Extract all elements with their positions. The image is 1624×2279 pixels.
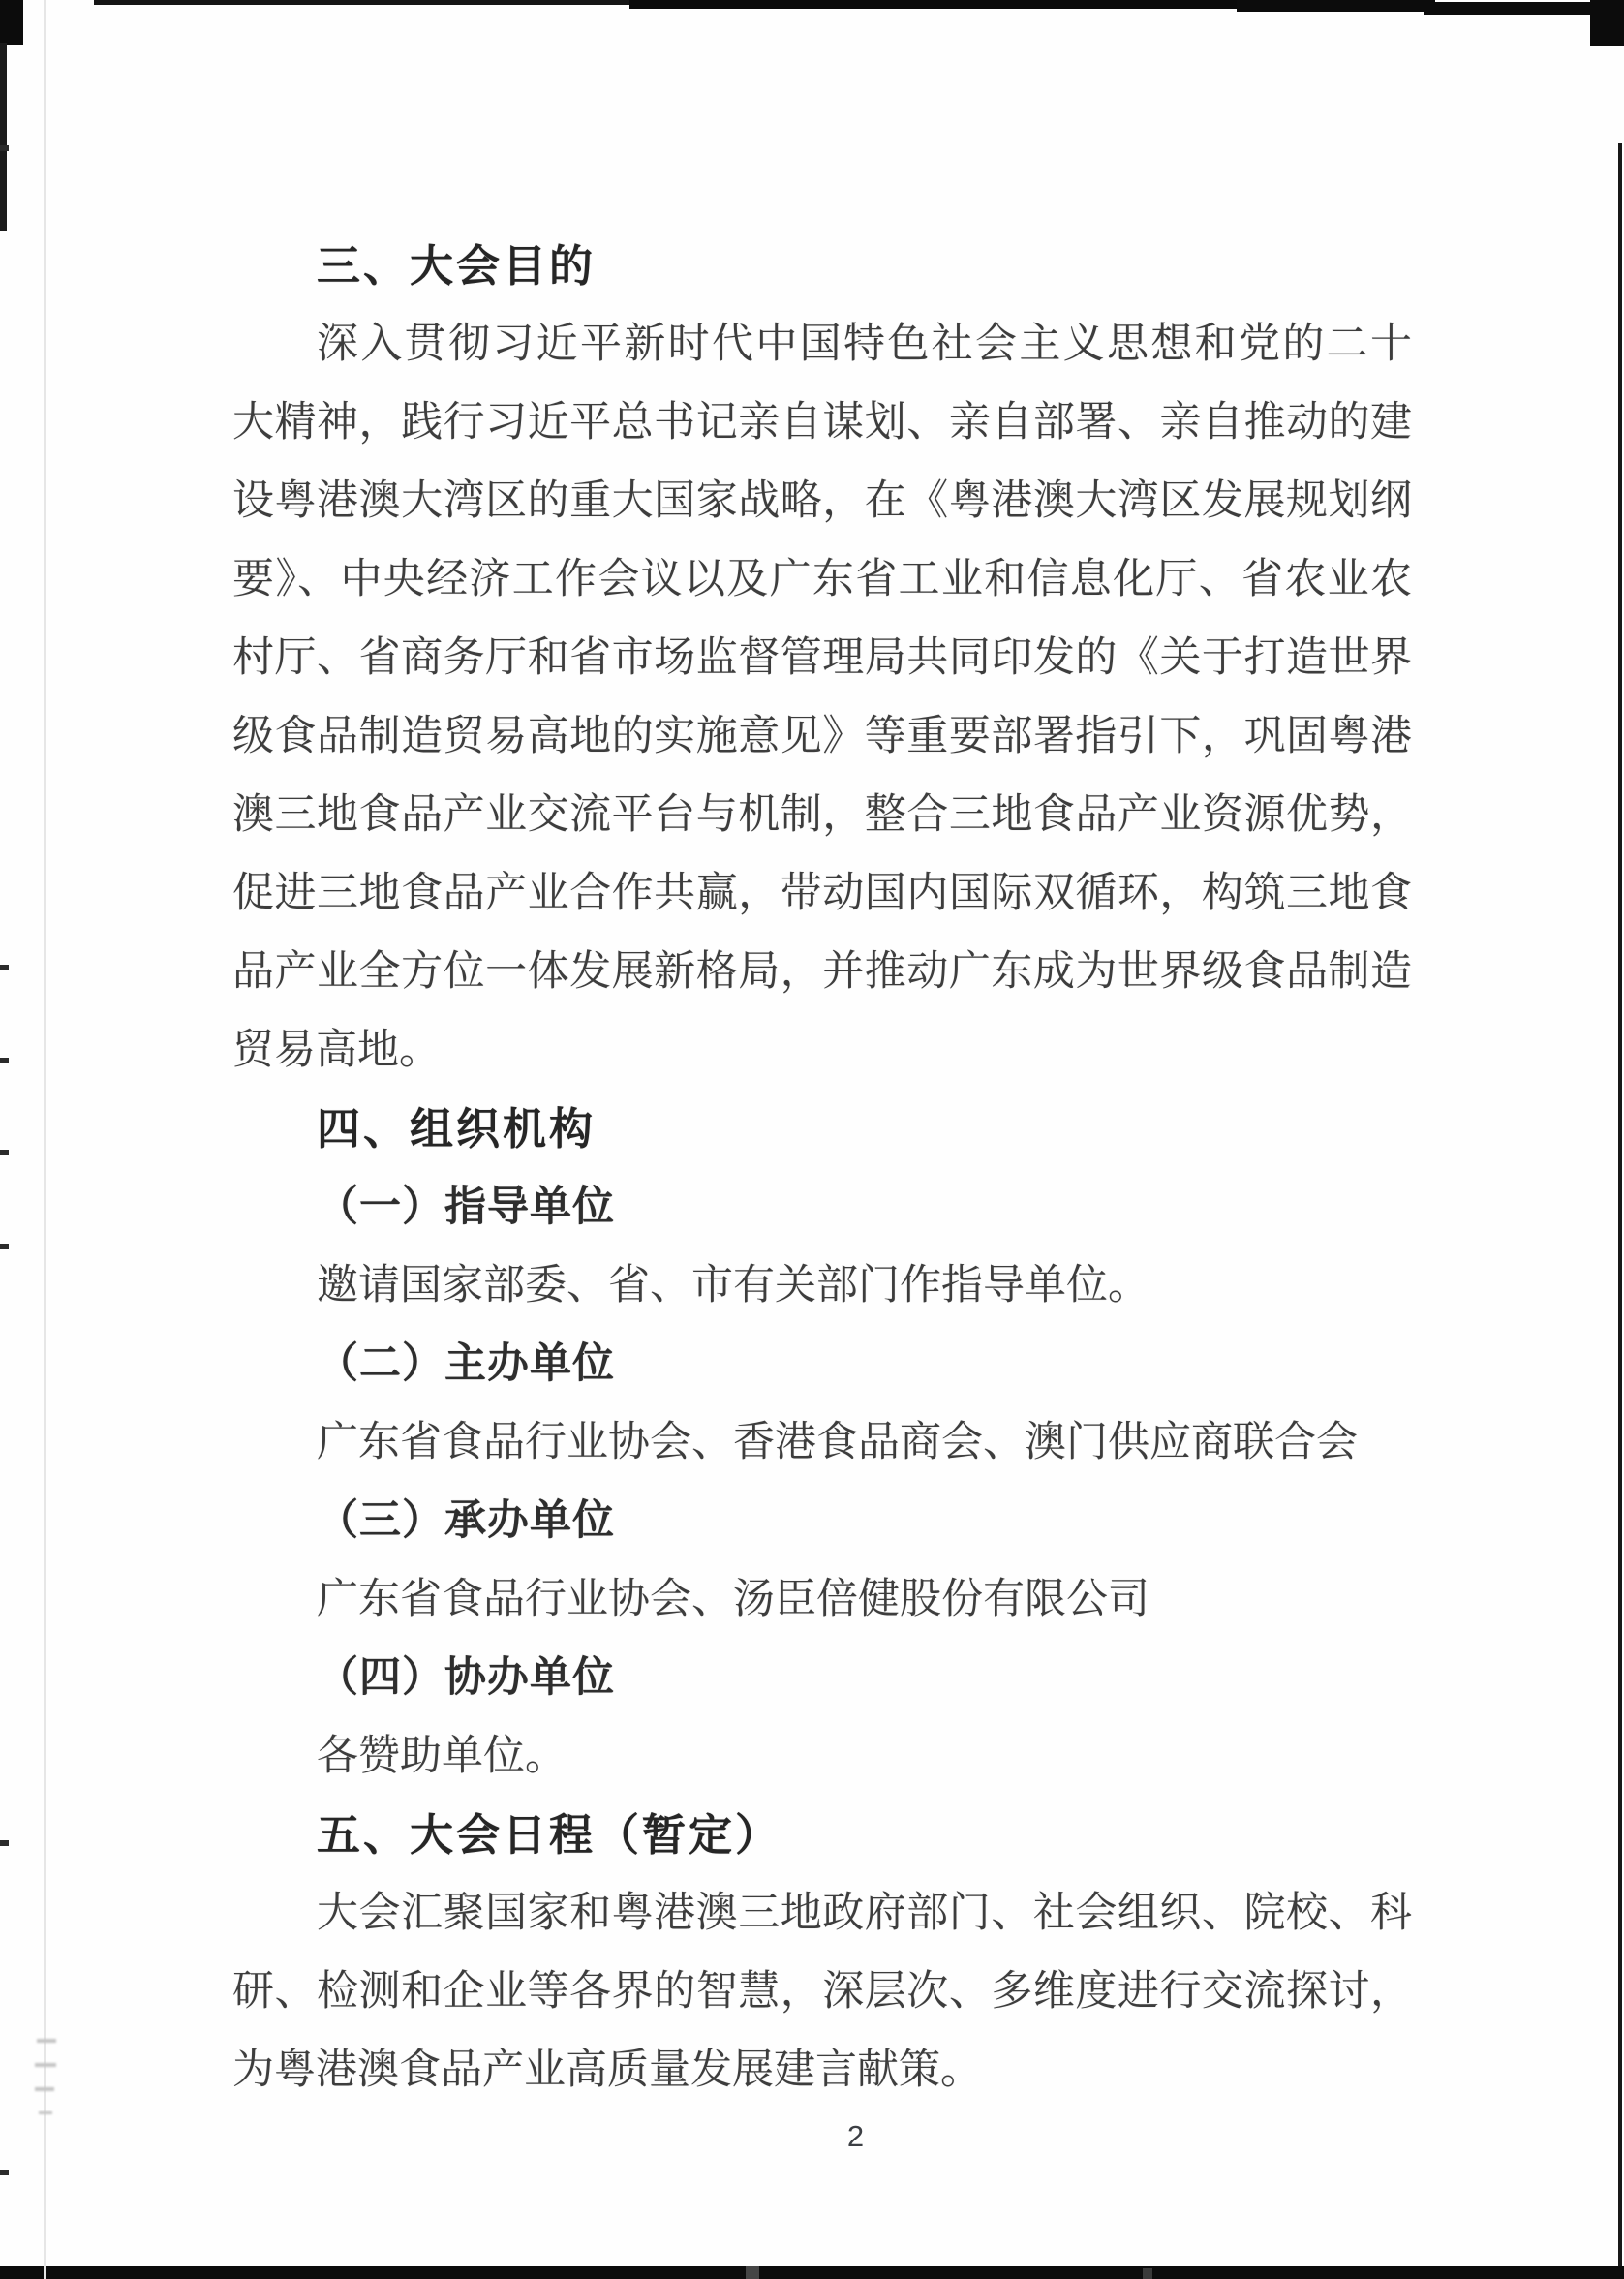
scan-edge-mark — [0, 1840, 9, 1846]
sub-heading: （二）主办单位 — [232, 1325, 1412, 1403]
scan-top-edge-segment — [94, 0, 636, 5]
text-line: 各赞助单位。 — [232, 1717, 1412, 1796]
scan-top-edge-segment — [1237, 0, 1435, 12]
paragraph: 邀请国家部委、省、市有关部门作指导单位。 — [232, 1247, 1412, 1325]
page-number: 2 — [0, 2119, 1624, 2154]
text-line: 为粤港澳食品产业高质量发展建言献策。 — [232, 2031, 1412, 2110]
scan-smudge — [35, 2063, 56, 2067]
text-line: 澳三地食品产业交流平台与机制，整合三地食品产业资源优势， — [232, 776, 1412, 854]
sub-heading: （四）协办单位 — [232, 1639, 1412, 1717]
text-line: 邀请国家部委、省、市有关部门作指导单位。 — [232, 1247, 1412, 1325]
paragraph: 广东省食品行业协会、香港食品商会、澳门供应商联合会 — [232, 1403, 1412, 1482]
text-line: 村厅、省商务厅和省市场监督管理局共同印发的《关于打造世界 — [232, 619, 1412, 697]
scanned-document-page: 三、大会目的深入贯彻习近平新时代中国特色社会主义思想和党的二十大精神，践行习近平… — [0, 0, 1624, 2279]
text-line: 研、检测和企业等各界的智慧，深层次、多维度进行交流探讨， — [232, 1953, 1412, 2031]
text-line: 广东省食品行业协会、汤臣倍健股份有限公司 — [232, 1560, 1412, 1639]
paragraph: 深入贯彻习近平新时代中国特色社会主义思想和党的二十大精神，践行习近平总书记亲自谋… — [232, 305, 1412, 1090]
paragraph: 大会汇聚国家和粤港澳三地政府部门、社会组织、院校、科研、检测和企业等各界的智慧，… — [232, 1874, 1412, 2110]
section-heading: 三、大会目的 — [232, 227, 1412, 305]
text-line: 要》、中央经济工作会议以及广东省工业和信息化厅、省农业农 — [232, 540, 1412, 619]
scan-top-edge-segment — [629, 0, 1240, 9]
scan-smudge — [39, 2111, 52, 2114]
scan-edge-mark — [0, 1244, 9, 1249]
scan-bottom-edge — [0, 2266, 1624, 2279]
text-line: 大精神，践行习近平总书记亲自谋划、亲自部署、亲自推动的建 — [232, 384, 1412, 462]
paragraph: 各赞助单位。 — [232, 1717, 1412, 1796]
document-content: 三、大会目的深入贯彻习近平新时代中国特色社会主义思想和党的二十大精神，践行习近平… — [232, 227, 1412, 2110]
scan-bottom-edge — [746, 2266, 759, 2279]
text-line: 大会汇聚国家和粤港澳三地政府部门、社会组织、院校、科 — [232, 1874, 1412, 1953]
scan-right-edge-line — [1618, 143, 1622, 2279]
text-line: 设粤港澳大湾区的重大国家战略，在《粤港澳大湾区发展规划纲 — [232, 462, 1412, 540]
text-line: 品产业全方位一体发展新格局，并推动广东成为世界级食品制造 — [232, 933, 1412, 1011]
paragraph: 广东省食品行业协会、汤臣倍健股份有限公司 — [232, 1560, 1412, 1639]
text-line: 广东省食品行业协会、香港食品商会、澳门供应商联合会 — [232, 1403, 1412, 1482]
scan-smudge — [37, 2039, 56, 2043]
scan-edge-mark — [0, 1150, 9, 1155]
scan-corner-top-right — [1590, 0, 1624, 46]
scan-edge-mark — [0, 2170, 9, 2175]
text-line: 促进三地食品产业合作共赢，带动国内国际双循环，构筑三地食 — [232, 854, 1412, 933]
text-line: 贸易高地。 — [232, 1011, 1412, 1090]
text-line: 深入贯彻习近平新时代中国特色社会主义思想和党的二十 — [232, 305, 1412, 384]
scan-bottom-edge — [1143, 2268, 1152, 2279]
section-heading: 四、组织机构 — [232, 1090, 1412, 1168]
scan-smudge — [35, 2087, 54, 2091]
scan-edge-mark — [0, 965, 9, 970]
scan-fold-line — [44, 0, 46, 2279]
scan-edge-mark — [0, 1058, 9, 1063]
text-line: 级食品制造贸易高地的实施意见》等重要部署指引下，巩固粤港 — [232, 697, 1412, 776]
sub-heading: （三）承办单位 — [232, 1482, 1412, 1560]
scan-corner-top-left — [0, 0, 23, 45]
section-heading: 五、大会日程（暂定） — [232, 1796, 1412, 1874]
sub-heading: （一）指导单位 — [232, 1168, 1412, 1247]
scan-corner-top-left — [0, 43, 7, 231]
scan-edge-mark — [0, 145, 9, 151]
